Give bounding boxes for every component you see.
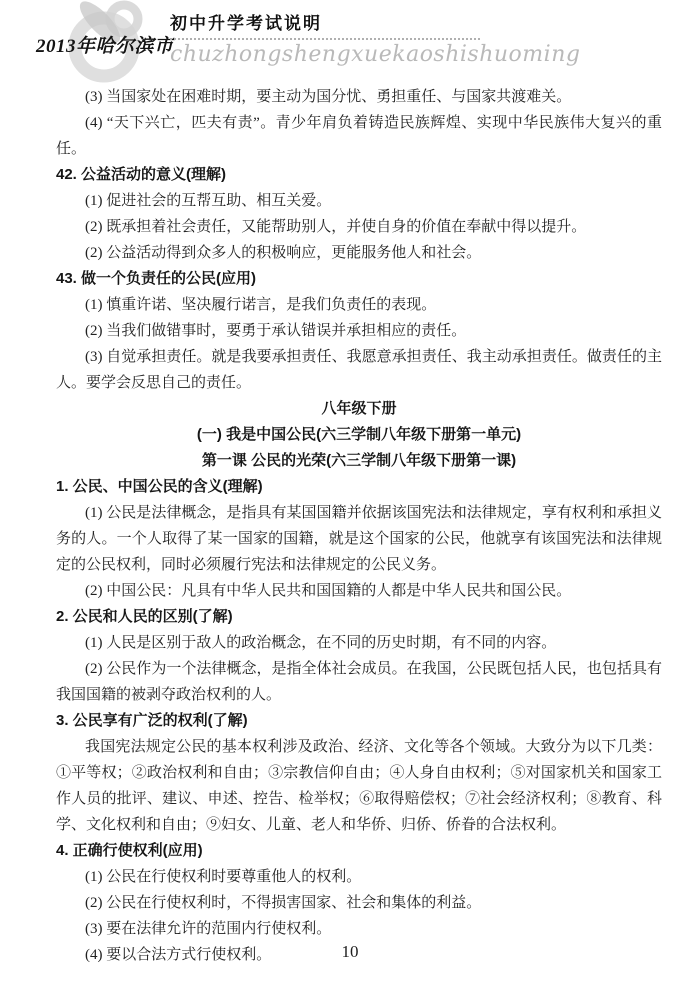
body-paragraph: (4) “天下兴亡，匹夫有责”。青少年肩负着铸造民族辉煌、实现中华民族伟大复兴的… xyxy=(56,110,662,162)
body-paragraph: (1) 促进社会的互帮互助、相互关爱。 xyxy=(56,188,662,214)
document-page: 2013年哈尔滨市 初中升学考试说明 chuzhongshengxuekaosh… xyxy=(0,0,700,986)
body-paragraph: (2) 公民作为一个法律概念，是指全体社会成员。在我国，公民既包括人民，也包括具… xyxy=(56,656,662,708)
section-heading: (一) 我是中国公民(六三学制八年级下册第一单元) xyxy=(56,422,662,448)
body-paragraph: (3) 要在法律允许的范围内行使权利。 xyxy=(56,916,662,942)
section-heading: 第一课 公民的光荣(六三学制八年级下册第一课) xyxy=(56,448,662,474)
body-paragraph: (1) 公民在行使权利时要尊重他人的权利。 xyxy=(56,864,662,890)
body-paragraph: (1) 公民是法律概念，是指具有某国国籍并依据该国宪法和法律规定，享有权利和承担… xyxy=(56,500,662,578)
body-paragraph: 我国宪法规定公民的基本权利涉及政治、经济、文化等各个领域。大致分为以下几类：①平… xyxy=(56,734,662,838)
body-paragraph: (1) 人民是区别于敌人的政治概念，在不同的历史时期，有不同的内容。 xyxy=(56,630,662,656)
page-header: 2013年哈尔滨市 初中升学考试说明 chuzhongshengxuekaosh… xyxy=(0,0,700,86)
numbered-heading: 1. 公民、中国公民的含义(理解) xyxy=(56,474,662,500)
body-paragraph: (3) 自觉承担责任。就是我要承担责任、我愿意承担责任、我主动承担责任。做责任的… xyxy=(56,344,662,396)
numbered-heading: 43. 做一个负责任的公民(应用) xyxy=(56,266,662,292)
body-paragraph: (2) 中国公民：凡具有中华人民共和国国籍的人都是中华人民共和国公民。 xyxy=(56,578,662,604)
page-number: 10 xyxy=(342,942,359,962)
section-heading: 八年级下册 xyxy=(56,396,662,422)
body-paragraph: (2) 公民在行使权利时，不得损害国家、社会和集体的利益。 xyxy=(56,890,662,916)
document-title: 初中升学考试说明 xyxy=(170,12,482,36)
page-footer: 10 xyxy=(0,942,700,962)
numbered-heading: 2. 公民和人民的区别(了解) xyxy=(56,604,662,630)
header-title-block: 初中升学考试说明 chuzhongshengxuekaoshishuoming xyxy=(170,12,482,69)
document-body: (3) 当国家处在困难时期，要主动为国分忧、勇担重任、与国家共渡难关。(4) “… xyxy=(0,84,700,968)
body-paragraph: (2) 既承担着社会责任，又能帮助别人，并使自身的价值在奉献中得以提升。 xyxy=(56,214,662,240)
edition-label: 2013年哈尔滨市 xyxy=(36,31,174,58)
pinyin-subtitle: chuzhongshengxuekaoshishuoming xyxy=(170,41,482,69)
numbered-heading: 4. 正确行使权利(应用) xyxy=(56,838,662,864)
numbered-heading: 42. 公益活动的意义(理解) xyxy=(56,162,662,188)
body-paragraph: (2) 公益活动得到众多人的积极响应，更能服务他人和社会。 xyxy=(56,240,662,266)
body-paragraph: (1) 慎重许诺、坚决履行诺言，是我们负责任的表现。 xyxy=(56,292,662,318)
body-paragraph: (2) 当我们做错事时，要勇于承认错误并承担相应的责任。 xyxy=(56,318,662,344)
dotted-divider xyxy=(170,38,480,40)
numbered-heading: 3. 公民享有广泛的权利(了解) xyxy=(56,708,662,734)
body-paragraph: (3) 当国家处在困难时期，要主动为国分忧、勇担重任、与国家共渡难关。 xyxy=(56,84,662,110)
